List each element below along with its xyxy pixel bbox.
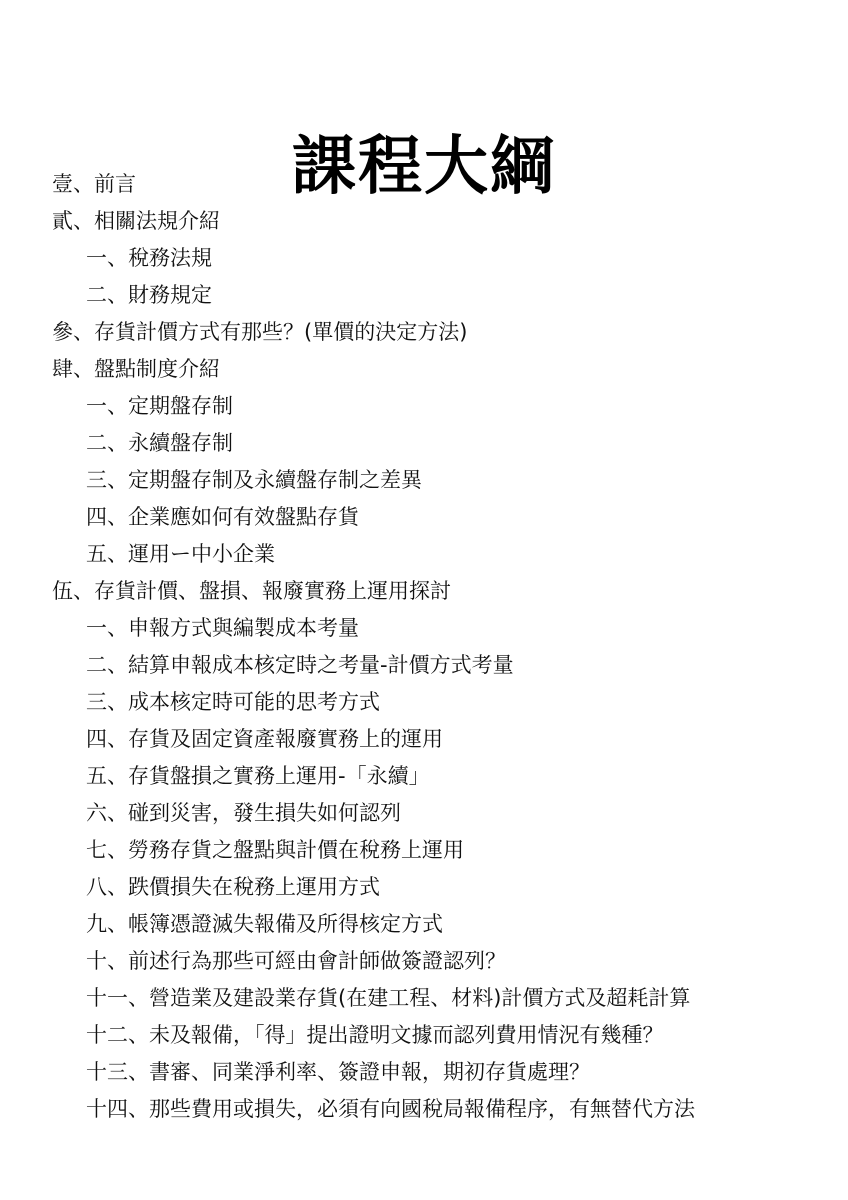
outline-subsection: 二、財務規定 [52,277,848,314]
outline-subsection: 十一、營造業及建設業存貨(在建工程、材料)計價方式及超耗計算 [52,980,848,1017]
outline-subsection: 十、前述行為那些可經由會計師做簽證認列？ [52,943,848,980]
outline-subsection: 四、存貨及固定資產報廢實務上的運用 [52,721,848,758]
course-outline-list: 壹、前言 貳、相關法規介紹 一、稅務法規 二、財務規定 參、存貨計價方式有那些？… [52,166,848,1128]
outline-subsection: 五、運用ー中小企業 [52,536,848,573]
outline-subsection: 一、定期盤存制 [52,388,848,425]
outline-subsection: 一、稅務法規 [52,240,848,277]
outline-subsection: 十四、那些費用或損失，必須有向國稅局報備程序，有無替代方法 [52,1091,848,1128]
outline-subsection: 四、企業應如何有效盤點存貨 [52,499,848,536]
outline-subsection: 五、存貨盤損之實務上運用-「永續」 [52,758,848,795]
outline-subsection: 十二、未及報備，「得」提出證明文據而認列費用情況有幾種？ [52,1017,848,1054]
outline-subsection: 九、帳簿憑證滅失報備及所得核定方式 [52,906,848,943]
outline-subsection: 十三、書審、同業淨利率、簽證申報，期初存貨處理？ [52,1054,848,1091]
outline-subsection: 六、碰到災害，發生損失如何認列 [52,795,848,832]
outline-subsection: 二、結算申報成本核定時之考量-計價方式考量 [52,647,848,684]
outline-section: 伍、存貨計價、盤損、報廢實務上運用探討 [52,573,848,610]
outline-section: 肆、盤點制度介紹 [52,351,848,388]
outline-section: 壹、前言 [52,166,848,203]
outline-subsection: 三、成本核定時可能的思考方式 [52,684,848,721]
outline-subsection: 一、申報方式與編製成本考量 [52,610,848,647]
outline-subsection: 八、跌價損失在稅務上運用方式 [52,869,848,906]
outline-subsection: 三、定期盤存制及永續盤存制之差異 [52,462,848,499]
outline-subsection: 二、永續盤存制 [52,425,848,462]
outline-subsection: 七、勞務存貨之盤點與計價在稅務上運用 [52,832,848,869]
outline-section: 貳、相關法規介紹 [52,203,848,240]
outline-section: 參、存貨計價方式有那些？(單價的決定方法) [52,314,848,351]
